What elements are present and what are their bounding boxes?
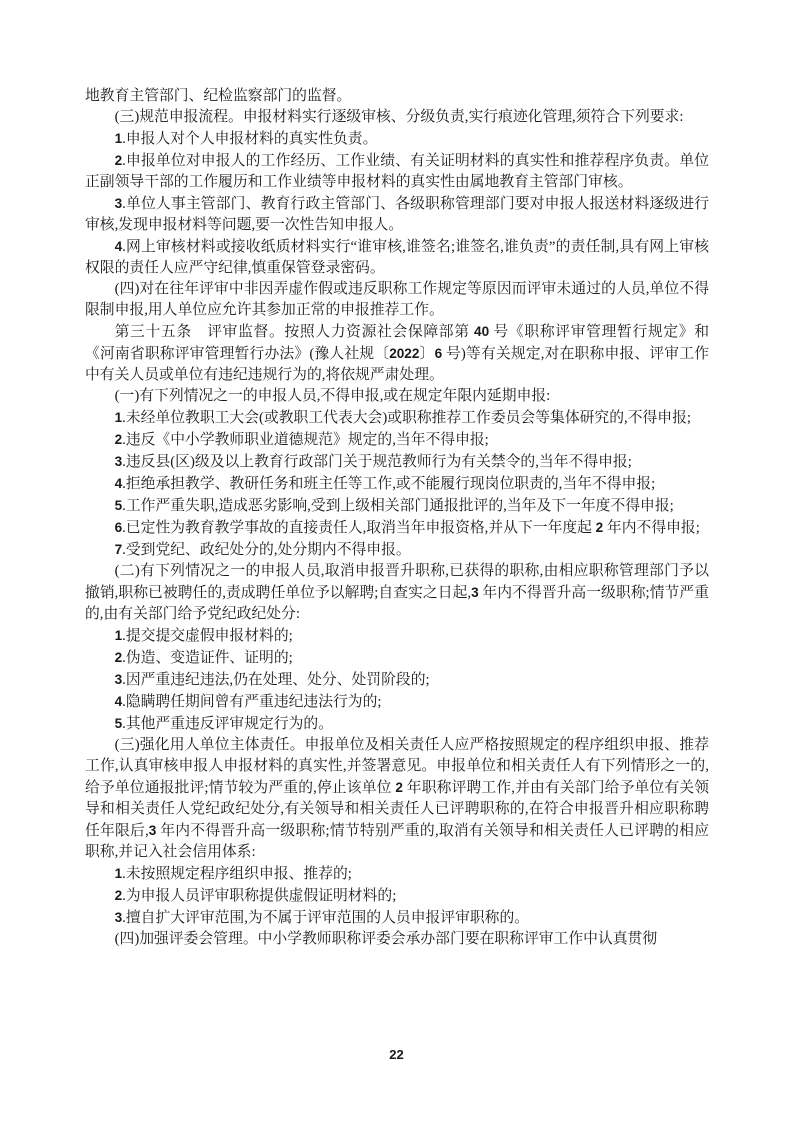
paragraph: (二)有下列情况之一的申报人员,取消申报晋升职称,已获得的职称,由相应职称管理部… (85, 561, 709, 625)
paragraph: 1.未经单位教职工大会(或教职工代表大会)或职称推荐工作委员会等集体研究的,不得… (85, 407, 709, 429)
number-text: 5 (115, 716, 123, 731)
paragraph: 4.隐瞒聘任期间曾有严重违纪违法行为的; (85, 691, 709, 713)
number-text: 40 (474, 324, 489, 339)
paragraph: 4.拒绝承担教学、教研任务和班主任等工作,或不能履行现岗位职责的,当年不得申报; (85, 473, 709, 495)
number-text: 2 (115, 153, 123, 168)
number-text: 1 (115, 628, 123, 643)
document-page: 地教育主管部门、纪检监察部门的监督。(三)规范申报流程。申报材料实行逐级审核、分… (0, 0, 793, 1122)
paragraph: 2.为申报人员评审职称提供虚假证明材料的; (85, 885, 709, 907)
number-text: 2 (596, 520, 604, 535)
page-number: 22 (0, 1047, 793, 1062)
paragraph: (四)加强评委会管理。中小学教师职称评委会承办部门要在职称评审工作中认真贯彻 (85, 929, 709, 950)
document-body: 地教育主管部门、纪检监察部门的监督。(三)规范申报流程。申报材料实行逐级审核、分… (85, 86, 709, 950)
paragraph: 1.未按照规定程序组织申报、推荐的; (85, 863, 709, 885)
number-text: 5 (115, 498, 123, 513)
paragraph: 6.已定性为教育教学事故的直接责任人,取消当年申报资格,并从下一年度起 2 年内… (85, 517, 709, 539)
paragraph: 2.伪造、变造证件、证明的; (85, 647, 709, 669)
number-text: 7 (115, 542, 123, 557)
paragraph: 7.受到党纪、政纪处分的,处分期内不得申报。 (85, 539, 709, 561)
paragraph: 第三十五条 评审监督。按照人力资源社会保障部第 40 号《职称评审管理暂行规定》… (85, 321, 709, 386)
paragraph: (三)规范申报流程。申报材料实行逐级审核、分级负责,实行痕迹化管理,须符合下列要… (85, 107, 709, 128)
paragraph: 地教育主管部门、纪检监察部门的监督。 (85, 86, 709, 107)
number-text: 2 (115, 650, 123, 665)
paragraph: 5.工作严重失职,造成恶劣影响,受到上级相关部门通报批评的,当年及下一年度不得申… (85, 495, 709, 517)
number-text: 2 (115, 888, 123, 903)
number-text: 3 (149, 823, 157, 838)
number-text: 2 (115, 432, 123, 447)
number-text: 3 (115, 196, 123, 211)
paragraph: 1.申报人对个人申报材料的真实性负责。 (85, 128, 709, 150)
number-text: 1 (115, 131, 123, 146)
number-text: 6 (115, 520, 123, 535)
paragraph: (一)有下列情况之一的申报人员,不得申报,或在规定年限内延期申报: (85, 386, 709, 407)
number-text: 6 (435, 346, 443, 361)
number-text: 3 (471, 585, 479, 600)
paragraph: 3.单位人事主管部门、教育行政主管部门、各级职称管理部门要对申报人报送材料逐级进… (85, 193, 709, 236)
number-text: 3 (115, 910, 123, 925)
paragraph: 1.提交提交虚假申报材料的; (85, 625, 709, 647)
number-text: 1 (115, 866, 123, 881)
paragraph: 3.违反县(区)级及以上教育行政部门关于规范教师行为有关禁令的,当年不得申报; (85, 451, 709, 473)
paragraph: 2.申报单位对申报人的工作经历、工作业绩、有关证明材料的真实性和推荐程序负责。单… (85, 150, 709, 193)
paragraph: 5.其他严重违反评审规定行为的。 (85, 713, 709, 735)
paragraph: 2.违反《中小学教师职业道德规范》规定的,当年不得申报; (85, 429, 709, 451)
number-text: 3 (115, 672, 123, 687)
paragraph: 3.因严重违纪违法,仍在处理、处分、处罚阶段的; (85, 669, 709, 691)
paragraph: 4.网上审核材料或接收纸质材料实行“谁审核,谁签名;谁签名,谁负责”的责任制,具… (85, 236, 709, 279)
number-text: 2022 (389, 346, 419, 361)
paragraph: (四)对在往年评审中非因弄虚作假或违反职称工作规定等原因而评审未通过的人员,单位… (85, 279, 709, 321)
number-text: 4 (115, 694, 123, 709)
paragraph: 3.擅自扩大评审范围,为不属于评审范围的人员申报评审职称的。 (85, 907, 709, 929)
number-text: 3 (115, 454, 123, 469)
paragraph: (三)强化用人单位主体责任。申报单位及相关责任人应严格按照规定的程序组织申报、推… (85, 735, 709, 863)
number-text: 1 (115, 410, 123, 425)
number-text: 4 (115, 239, 123, 254)
number-text: 2 (395, 780, 403, 795)
number-text: 4 (115, 476, 123, 491)
